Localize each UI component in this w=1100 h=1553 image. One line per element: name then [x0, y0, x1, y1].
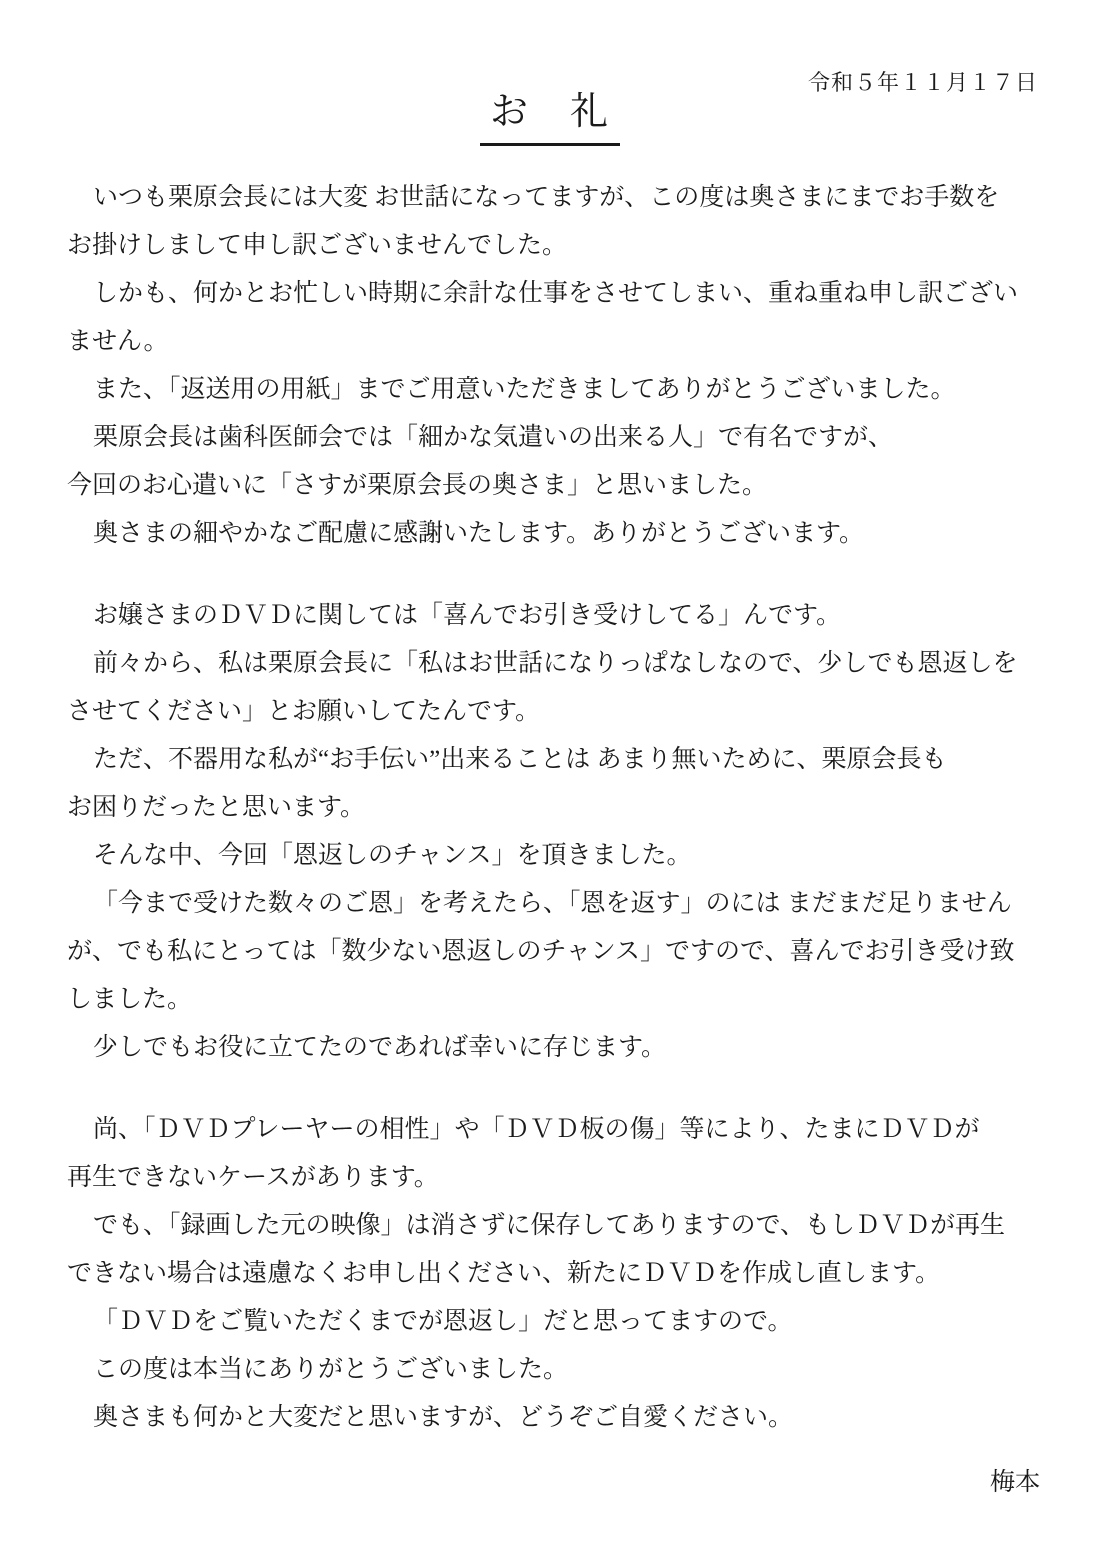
- letter-line: しました。: [67, 976, 1045, 1024]
- letter-line: でも、「録画した元の映像」は消さずに保存してありますので、もしＤＶＤが再生: [67, 1202, 1045, 1250]
- letter-line: 「今まで受けた数々のご恩」を考えたら、「恩を返す」のには まだまだ足りません: [67, 880, 1045, 928]
- letter-line: いつも栗原会長には大変 お世話になってますが、この度は奥さまにまでお手数を: [67, 174, 1045, 222]
- letter-line: また、「返送用の用紙」までご用意いただきましてありがとうございました。: [67, 366, 1045, 414]
- letter-line: この度は本当にありがとうございました。: [67, 1346, 1045, 1394]
- letter-line: 栗原会長は歯科医師会では「細かな気遣いの出来る人」で有名ですが、: [67, 414, 1045, 462]
- letter-title-wrap: お 礼: [0, 80, 1100, 146]
- letter-line: 少しでもお役に立てたのであれば幸いに存じます。: [67, 1024, 1045, 1072]
- letter-line: お困りだったと思います。: [67, 784, 1045, 832]
- letter-page: 令和５年１１月１７日 お 礼 いつも栗原会長には大変 お世話になってますが、この…: [0, 0, 1100, 1553]
- letter-line: できない場合は遠慮なくお申し出ください、新たにＤＶＤを作成し直します。: [67, 1250, 1045, 1298]
- letter-line: ただ、不器用な私が“お手伝い”出来ることは あまり無いために、栗原会長も: [67, 736, 1045, 784]
- letter-line: ません。: [67, 318, 1045, 366]
- letter-line: しかも、何かとお忙しい時期に余計な仕事をさせてしまい、重ね重ね申し訳ござい: [67, 270, 1045, 318]
- letter-signature: 梅本: [990, 1462, 1040, 1498]
- letter-line: 尚、「ＤＶＤプレーヤーの相性」や「ＤＶＤ板の傷」等により、たまにＤＶＤが: [67, 1106, 1045, 1154]
- letter-line: 前々から、私は栗原会長に「私はお世話になりっぱなしなので、少しでも恩返しを: [67, 640, 1045, 688]
- letter-line: そんな中、今回「恩返しのチャンス」を頂きました。: [67, 832, 1045, 880]
- letter-line: 奥さまも何かと大変だと思いますが、どうぞご自愛ください。: [67, 1394, 1045, 1442]
- letter-line: させてください」とお願いしてたんです。: [67, 688, 1045, 736]
- letter-line: 再生できないケースがあります。: [67, 1154, 1045, 1202]
- letter-line: お掛けしまして申し訳ございませんでした。: [67, 222, 1045, 270]
- letter-body: いつも栗原会長には大変 お世話になってますが、この度は奥さまにまでお手数をお掛け…: [67, 174, 1045, 1442]
- letter-line: お嬢さまのＤＶＤに関しては「喜んでお引き受けしてる」んです。: [67, 592, 1045, 640]
- letter-line: 今回のお心遣いに「さすが栗原会長の奥さま」と思いました。: [67, 462, 1045, 510]
- letter-line: 奥さまの細やかなご配慮に感謝いたします。ありがとうございます。: [67, 510, 1045, 558]
- letter-line: が、でも私にとっては「数少ない恩返しのチャンス」ですので、喜んでお引き受け致: [67, 928, 1045, 976]
- letter-line: 「ＤＶＤをご覧いただくまでが恩返し」だと思ってますので。: [67, 1298, 1045, 1346]
- letter-title: お 礼: [480, 80, 620, 146]
